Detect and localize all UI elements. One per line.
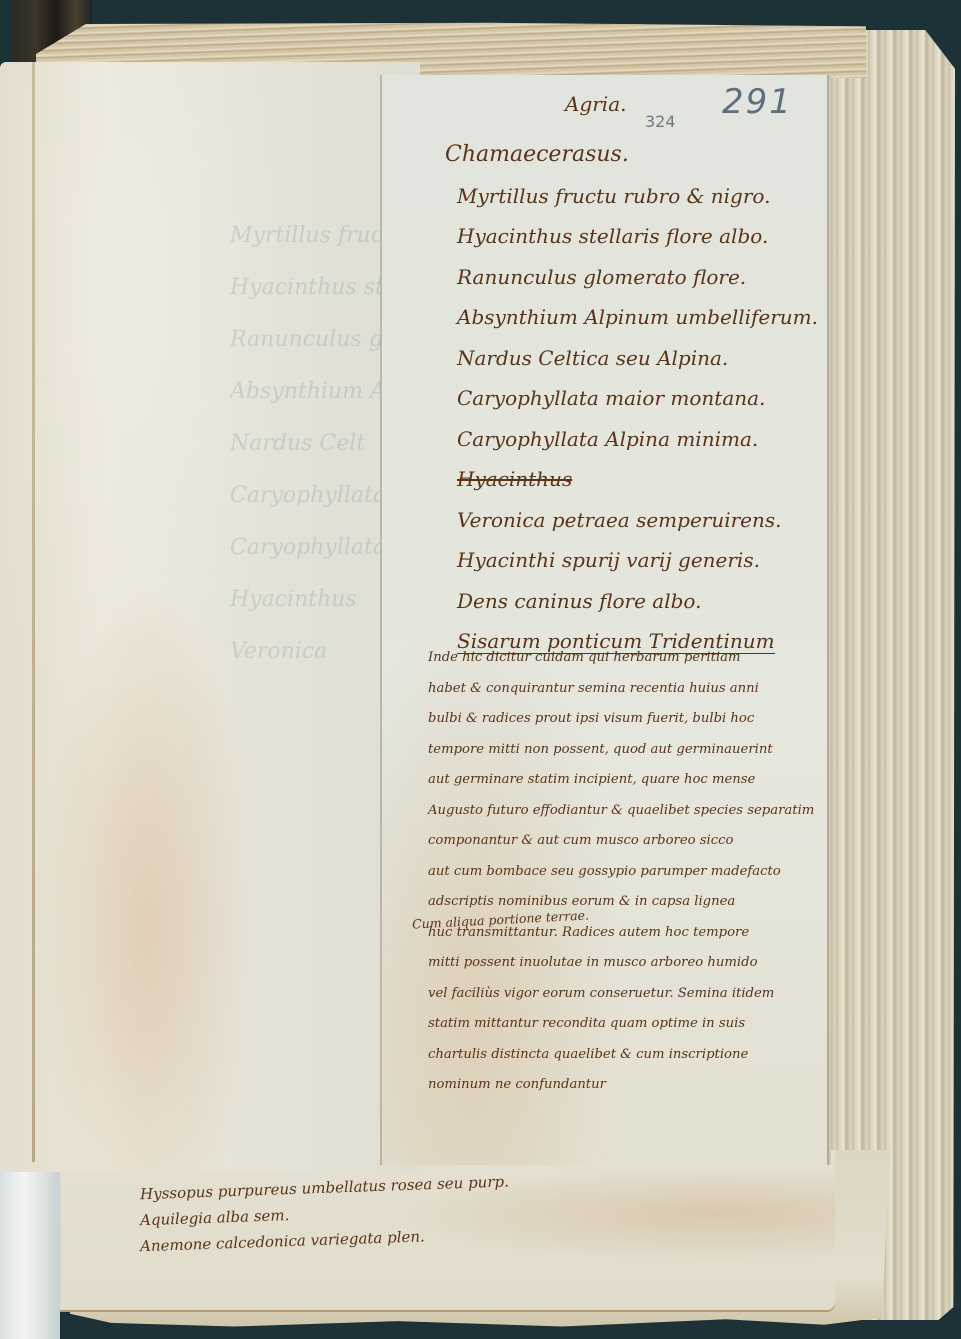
paragraph-line: Augusto futuro effodiantur & quaelibet s… <box>428 796 796 827</box>
page-heading: Agria. <box>565 92 626 116</box>
paragraph-line: vel faciliùs vigor eorum conseruetur. Se… <box>428 979 796 1010</box>
plant-list-item: Caryophyllata maior montana. <box>445 378 815 419</box>
bleed-line: Nardus Celt <box>230 418 400 470</box>
bleed-line: Veronica <box>230 626 400 678</box>
plant-list-item: Absynthium Alpinum umbelliferum. <box>445 297 815 338</box>
plant-list-item: Caryophyllata Alpina minima. <box>445 419 815 460</box>
plant-list-item: Hyacinthi spurij varij generis. <box>445 540 815 581</box>
fold-line <box>32 62 35 1162</box>
paragraph-line: nominum ne confundantur <box>428 1070 796 1101</box>
paragraph-line: mitti possent inuolutae in musco arboreo… <box>428 948 796 979</box>
plant-list-item: Chamaecerasus. <box>425 135 815 176</box>
bleed-line: Caryophyllata <box>230 522 400 574</box>
bleed-line: Ranunculus glo <box>230 314 400 366</box>
bleed-through-text: Myrtillus fructu Hyacinthus stell Ranunc… <box>230 210 400 678</box>
lower-leaf-notes: Hyssopus purpureus umbellatus rosea seu … <box>140 1175 500 1253</box>
folio-number: 291 <box>722 82 793 122</box>
bleed-line: Hyacinthus stell <box>230 262 400 314</box>
paragraph-line: componantur & aut cum musco arboreo sicc… <box>428 826 796 857</box>
paragraph-line: habet & conquirantur semina recentia hui… <box>428 674 796 705</box>
plant-list: Chamaecerasus. Myrtillus fructu rubro & … <box>445 135 815 662</box>
plant-list-item: Nardus Celtica seu Alpina. <box>445 338 815 379</box>
paragraph-line: statim mittantur recondita quam optime i… <box>428 1009 796 1040</box>
paragraph-line: aut germinare statim incipient, quare ho… <box>428 765 796 796</box>
cloth-tab <box>0 1150 60 1339</box>
plant-list-item: Myrtillus fructu rubro & nigro. <box>445 176 815 217</box>
plant-list-item-struck: Hyacinthus <box>445 459 815 500</box>
bleed-line: Hyacinthus <box>230 574 400 626</box>
instruction-paragraph: Inde hic dicitur cuidam qui herbarum per… <box>428 643 796 1101</box>
paragraph-line: chartulis distincta quaelibet & cum insc… <box>428 1040 796 1071</box>
paragraph-line: tempore mitti non possent, quod aut germ… <box>428 735 796 766</box>
paragraph-line: Inde hic dicitur cuidam qui herbarum per… <box>428 643 796 674</box>
bleed-line: Absynthium Alp <box>230 366 400 418</box>
bleed-line: Caryophyllata <box>230 470 400 522</box>
plant-list-item: Hyacinthus stellaris flore albo. <box>445 216 815 257</box>
plant-list-item: Ranunculus glomerato flore. <box>445 257 815 298</box>
plant-list-item: Dens caninus flore albo. <box>445 581 815 622</box>
old-folio-number: 324 <box>645 112 676 131</box>
plant-list-item: Veronica petraea semperuirens. <box>445 500 815 541</box>
paragraph-line: bulbi & radices prout ipsi visum fuerit,… <box>428 704 796 735</box>
bleed-line: Myrtillus fructu <box>230 210 400 262</box>
paragraph-line: aut cum bombace seu gossypio parumper ma… <box>428 857 796 888</box>
